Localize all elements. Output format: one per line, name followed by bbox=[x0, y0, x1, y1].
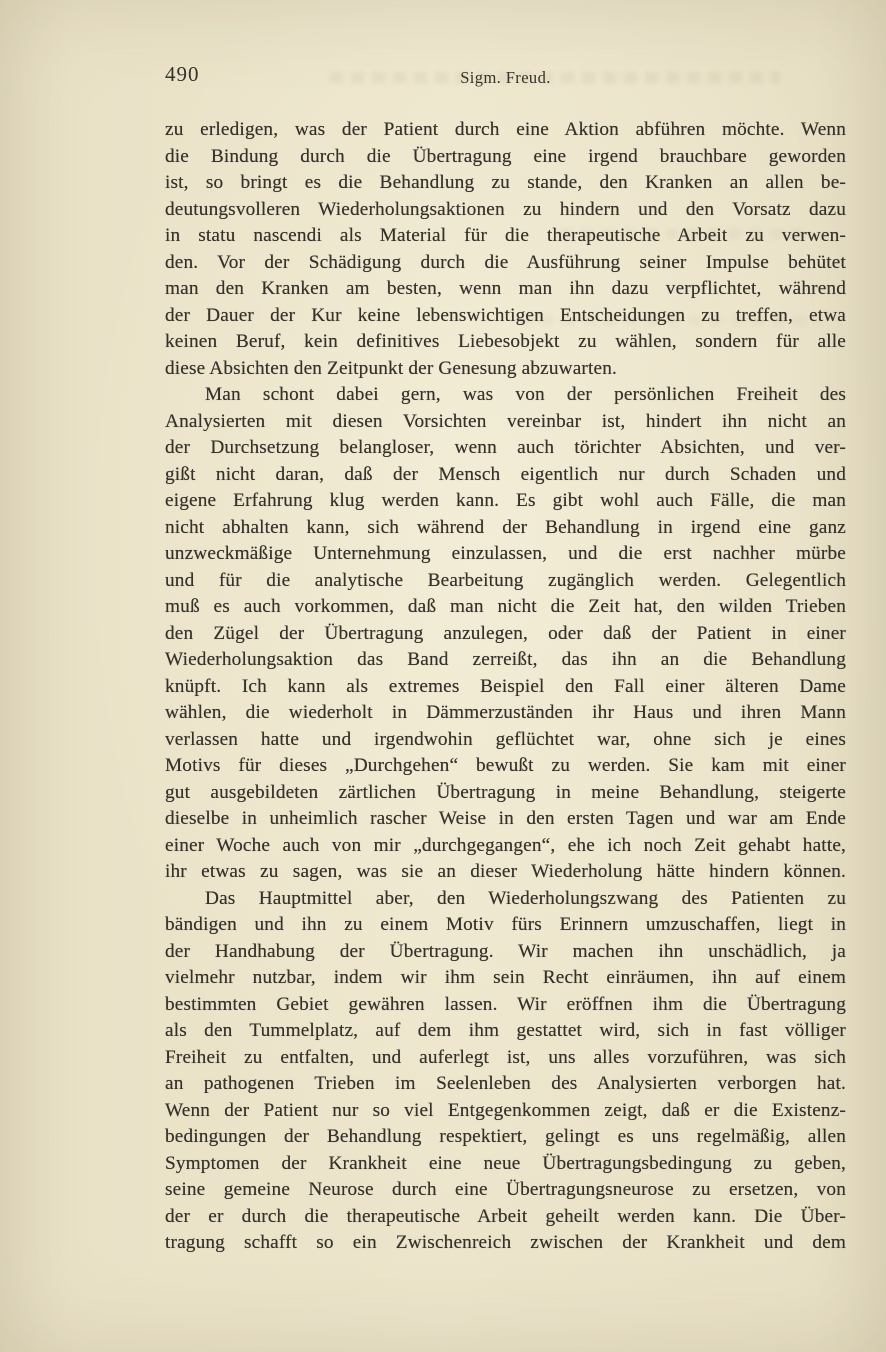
text-line: knüpft. Ich kann als extremes Beispiel d… bbox=[165, 674, 846, 701]
text-line: muß es auch vorkommen, daß man nicht die… bbox=[165, 594, 846, 621]
text-line: an pathogenen Trieben im Seelenleben des… bbox=[165, 1071, 846, 1098]
text-line: Das Hauptmittel aber, den Wiederholungsz… bbox=[165, 886, 846, 913]
text-line: verlassen hatte und irgendwohin geflücht… bbox=[165, 727, 846, 754]
text-line: zu erledigen, was der Patient durch eine… bbox=[165, 117, 846, 144]
text-line: den. Vor der Schädigung durch die Ausfüh… bbox=[165, 250, 846, 277]
text-line: keinen Beruf, kein definitives Liebesobj… bbox=[165, 329, 846, 356]
text-line: unzweckmäßige Unternehmung einzulassen, … bbox=[165, 541, 846, 568]
text-line: in statu nascendi als Material für die t… bbox=[165, 223, 846, 250]
text-line: der Handhabung der Übertragung. Wir mach… bbox=[165, 939, 846, 966]
text-line: vielmehr nutzbar, indem wir ihm sein Rec… bbox=[165, 965, 846, 992]
text-line: der Durchsetzung belangloser, wenn auch … bbox=[165, 435, 846, 462]
text-line: den Zügel der Übertragung anzulegen, ode… bbox=[165, 621, 846, 648]
text-line: der Dauer der Kur keine lebenswichtigen … bbox=[165, 303, 846, 330]
text-line: die Bindung durch die Übertragung eine i… bbox=[165, 144, 846, 171]
text-line: Man schont dabei gern, was von der persö… bbox=[165, 382, 846, 409]
text-line: nicht abhalten kann, sich während der Be… bbox=[165, 515, 846, 542]
text-line: eigene Erfahrung klug werden kann. Es gi… bbox=[165, 488, 846, 515]
text-line: Symptomen der Krankheit eine neue Übertr… bbox=[165, 1151, 846, 1178]
text-line: gißt nicht daran, daß der Mensch eigentl… bbox=[165, 462, 846, 489]
text-line: deutungsvolleren Wiederholungsaktionen z… bbox=[165, 197, 846, 224]
text-line: als den Tummelplatz, auf dem ihm gestatt… bbox=[165, 1018, 846, 1045]
text-line: gut ausgebildeten zärtlichen Übertragung… bbox=[165, 780, 846, 807]
text-line: seine gemeine Neurose durch eine Übertra… bbox=[165, 1177, 846, 1204]
page-body: zu erledigen, was der Patient durch eine… bbox=[165, 117, 846, 1257]
running-head: Sigm. Freud. bbox=[165, 68, 846, 88]
text-line: tragung schafft so ein Zwischenreich zwi… bbox=[165, 1230, 846, 1257]
scanned-book-page: 490 Sigm. Freud. zu erledigen, was der P… bbox=[0, 0, 886, 1352]
text-line: der er durch die therapeutische Arbeit g… bbox=[165, 1204, 846, 1231]
text-line: bedingungen der Behandlung respektiert, … bbox=[165, 1124, 846, 1151]
text-line: Wenn der Patient nur so viel Entgegenkom… bbox=[165, 1098, 846, 1125]
text-line: Wiederholungsaktion das Band zerreißt, d… bbox=[165, 647, 846, 674]
text-line: Motivs für dieses „Durchgehen“ bewußt zu… bbox=[165, 753, 846, 780]
text-line: wählen, die wiederholt in Dämmerzustände… bbox=[165, 700, 846, 727]
text-line: diese Absichten den Zeitpunkt der Genesu… bbox=[165, 356, 846, 383]
text-line: dieselbe in unheimlich rascher Weise in … bbox=[165, 806, 846, 833]
text-line: man den Kranken am besten, wenn man ihn … bbox=[165, 276, 846, 303]
text-line: Freiheit zu entfalten, und auferlegt ist… bbox=[165, 1045, 846, 1072]
text-line: Analysierten mit diesen Vorsichten verei… bbox=[165, 409, 846, 436]
text-line: ihr etwas zu sagen, was sie an dieser Wi… bbox=[165, 859, 846, 886]
text-line: einer Woche auch von mir „durchgegangen“… bbox=[165, 833, 846, 860]
text-line: und für die analytische Bearbeitung zugä… bbox=[165, 568, 846, 595]
text-line: ist, so bringt es die Behandlung zu stan… bbox=[165, 170, 846, 197]
text-line: bändigen und ihn zu einem Motiv fürs Eri… bbox=[165, 912, 846, 939]
text-line: bestimmten Gebiet gewähren lassen. Wir e… bbox=[165, 992, 846, 1019]
